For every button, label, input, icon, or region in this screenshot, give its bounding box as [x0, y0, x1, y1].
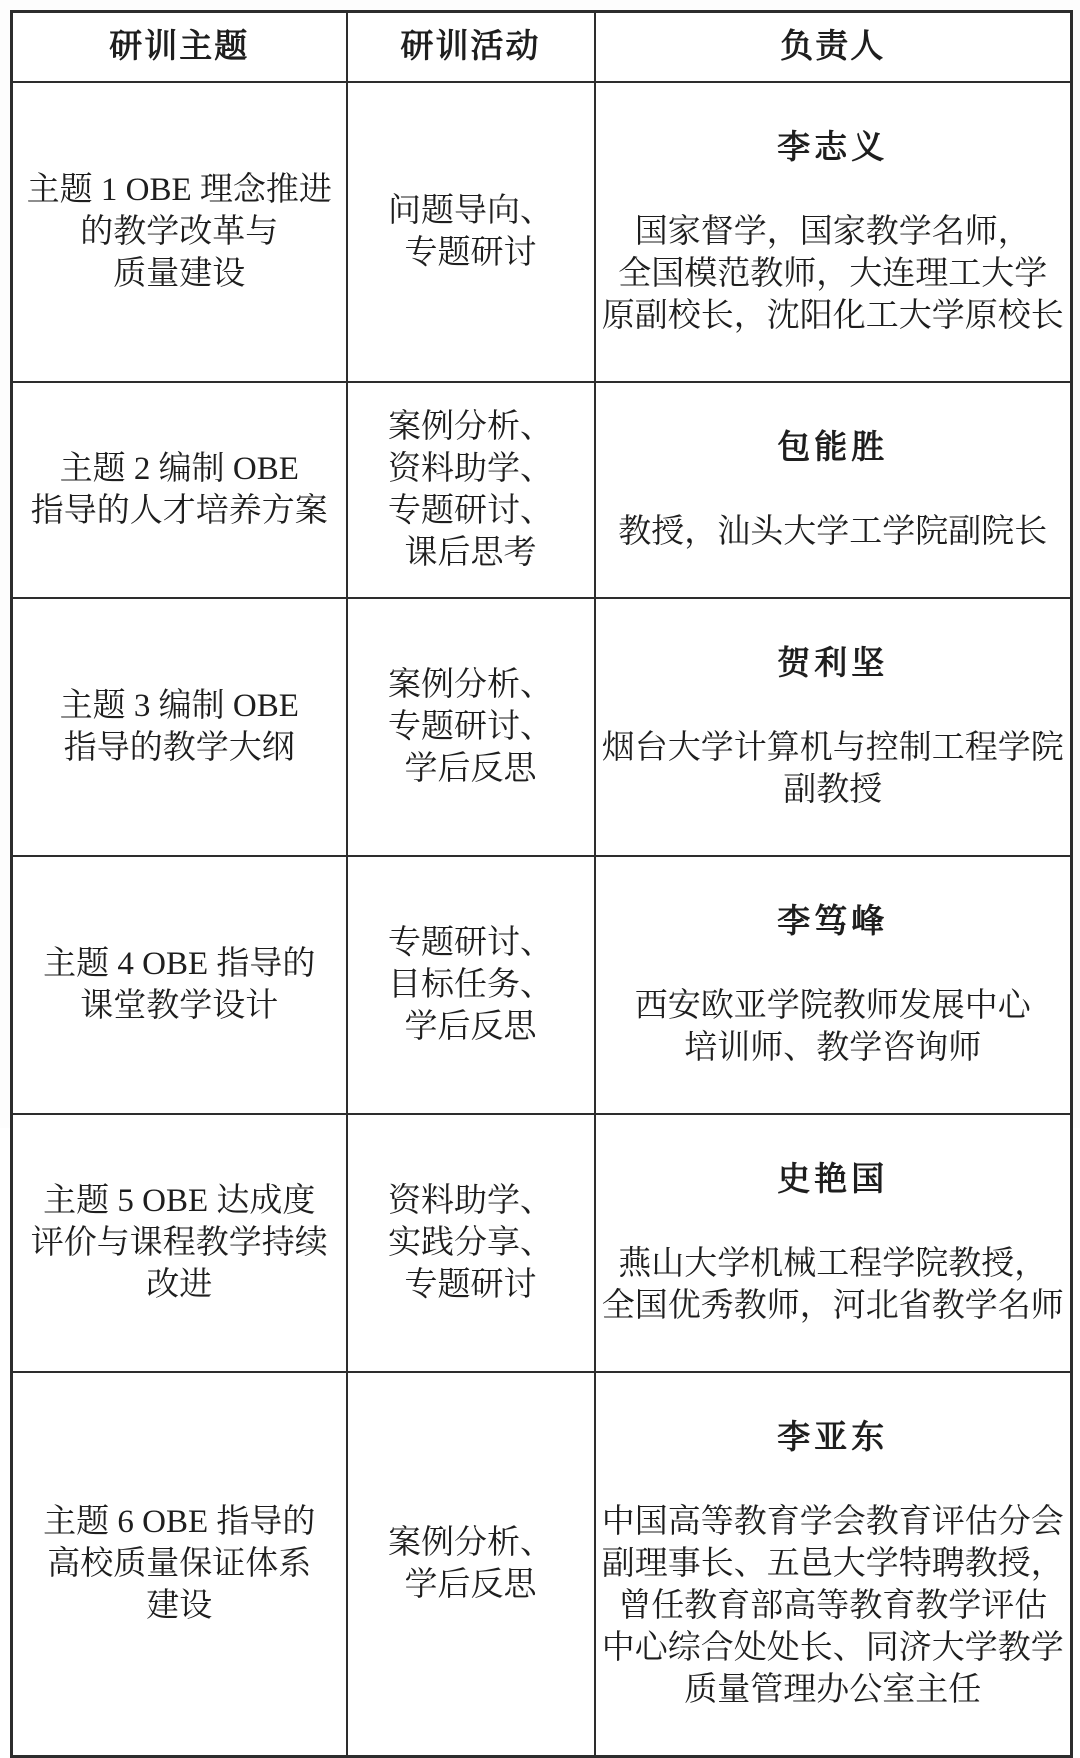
activity-cell: 案例分析、 资料助学、 专题研讨、 课后思考 [347, 382, 595, 598]
training-schedule-table: 研训主题 研训活动 负责人 主题 1 OBE 理念推进 的教学改革与 质量建设 … [10, 10, 1073, 1758]
leader-name: 史艳国 [602, 1159, 1065, 1201]
header-theme: 研训主题 [12, 12, 347, 82]
leader-description: 中国高等教育学会教育评估分会 副理事长、五邑大学特聘教授， 曾任教育部高等教育教… [602, 1501, 1065, 1711]
activity-cell: 专题研讨、 目标任务、 学后反思 [347, 856, 595, 1114]
leader-name: 李志义 [602, 127, 1065, 169]
table-row-theme4: 主题 4 OBE 指导的 课堂教学设计 专题研讨、 目标任务、 学后反思 李笃峰… [12, 856, 1072, 1114]
leader-cell: 史艳国 燕山大学机械工程学院教授， 全国优秀教师，河北省教学名师 [595, 1114, 1072, 1372]
leader-cell: 李笃峰 西安欧亚学院教师发展中心 培训师、教学咨询师 [595, 856, 1072, 1114]
leader-description: 教授，汕头大学工学院副院长 [602, 511, 1065, 553]
table-row-theme1: 主题 1 OBE 理念推进 的教学改革与 质量建设 问题导向、 专题研讨 李志义… [12, 82, 1072, 382]
page: 研训主题 研训活动 负责人 主题 1 OBE 理念推进 的教学改革与 质量建设 … [0, 0, 1080, 1128]
leader-name: 包能胜 [602, 427, 1065, 469]
leader-cell: 李亚东 中国高等教育学会教育评估分会 副理事长、五邑大学特聘教授， 曾任教育部高… [595, 1372, 1072, 1757]
leader-description: 烟台大学计算机与控制工程学院 副教授 [602, 727, 1065, 811]
activity-cell: 问题导向、 专题研讨 [347, 82, 595, 382]
table-row-theme2: 主题 2 编制 OBE 指导的人才培养方案 案例分析、 资料助学、 专题研讨、 … [12, 382, 1072, 598]
header-activity: 研训活动 [347, 12, 595, 82]
leader-cell: 贺利坚 烟台大学计算机与控制工程学院 副教授 [595, 598, 1072, 856]
leader-name: 李笃峰 [602, 901, 1065, 943]
table-row-theme5: 主题 5 OBE 达成度 评价与课程教学持续 改进 资料助学、 实践分享、 专题… [12, 1114, 1072, 1372]
leader-description: 国家督学，国家教学名师， 全国模范教师，大连理工大学 原副校长，沈阳化工大学原校… [602, 211, 1065, 337]
theme-cell: 主题 4 OBE 指导的 课堂教学设计 [12, 856, 347, 1114]
leader-name: 李亚东 [602, 1417, 1065, 1459]
theme-cell: 主题 5 OBE 达成度 评价与课程教学持续 改进 [12, 1114, 347, 1372]
table-row-theme3: 主题 3 编制 OBE 指导的教学大纲 案例分析、 专题研讨、 学后反思 贺利坚… [12, 598, 1072, 856]
table-header-row: 研训主题 研训活动 负责人 [12, 12, 1072, 82]
activity-cell: 案例分析、 专题研讨、 学后反思 [347, 598, 595, 856]
header-leader: 负责人 [595, 12, 1072, 82]
theme-cell: 主题 2 编制 OBE 指导的人才培养方案 [12, 382, 347, 598]
leader-name: 贺利坚 [602, 643, 1065, 685]
theme-cell: 主题 1 OBE 理念推进 的教学改革与 质量建设 [12, 82, 347, 382]
theme-cell: 主题 3 编制 OBE 指导的教学大纲 [12, 598, 347, 856]
activity-cell: 资料助学、 实践分享、 专题研讨 [347, 1114, 595, 1372]
leader-description: 燕山大学机械工程学院教授， 全国优秀教师，河北省教学名师 [602, 1243, 1065, 1327]
leader-description: 西安欧亚学院教师发展中心 培训师、教学咨询师 [602, 985, 1065, 1069]
leader-cell: 李志义 国家督学，国家教学名师， 全国模范教师，大连理工大学 原副校长，沈阳化工… [595, 82, 1072, 382]
theme-cell: 主题 6 OBE 指导的 高校质量保证体系 建设 [12, 1372, 347, 1757]
activity-cell: 案例分析、 学后反思 [347, 1372, 595, 1757]
table-row-theme6: 主题 6 OBE 指导的 高校质量保证体系 建设 案例分析、 学后反思 李亚东 … [12, 1372, 1072, 1757]
leader-cell: 包能胜 教授，汕头大学工学院副院长 [595, 382, 1072, 598]
